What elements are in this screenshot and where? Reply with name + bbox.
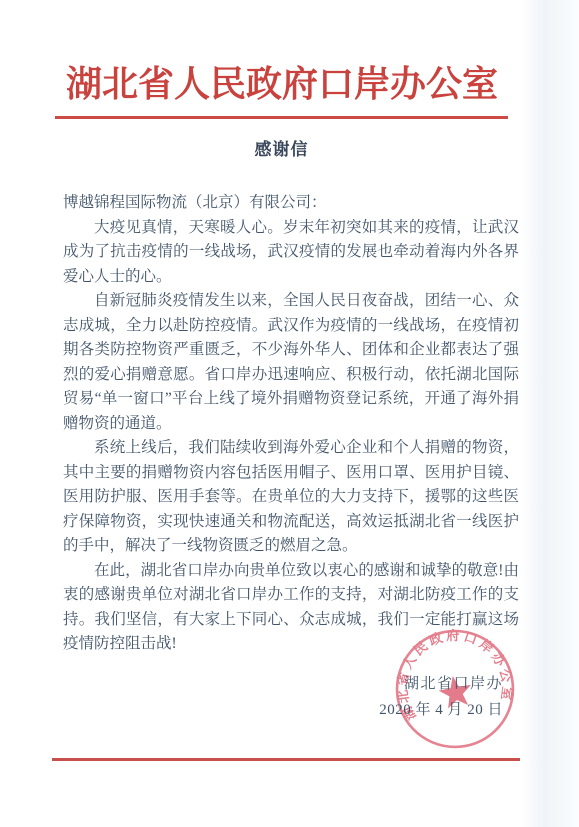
letter-body: 博越锦程国际物流（北京）有限公司： 大疫见真情，天寒暖人心。岁末年初突如其来的疫… xyxy=(63,191,519,657)
paragraph: 系统上线后，我们陆续收到海外爱心企业和个人捐赠的物资，其中主要的捐赠物资内容包括… xyxy=(63,436,519,559)
letterhead-org-title: 湖北省人民政府口岸办公室 xyxy=(52,56,512,107)
letter-title: 感谢信 xyxy=(54,135,509,160)
signature-org: 湖北省口岸办 xyxy=(379,671,503,697)
signature-date: 2020 年 4 月 20 日 xyxy=(379,697,503,723)
salutation: 博越锦程国际物流（北京）有限公司： xyxy=(63,191,519,216)
letter-page: 湖北省人民政府口岸办公室 感谢信 博越锦程国际物流（北京）有限公司： 大疫见真情… xyxy=(0,0,579,827)
paragraph: 大疫见真情，天寒暖人心。岁末年初突如其来的疫情，让武汉成为了抗击疫情的一线战场，… xyxy=(63,216,519,290)
letterhead-rule xyxy=(55,116,508,119)
paragraph: 自新冠肺炎疫情发生以来，全国人民日夜奋战，团结一心、众志成城，全力以赴防控疫情。… xyxy=(63,289,519,436)
signature-block: 湖北省口岸办 2020 年 4 月 20 日 xyxy=(379,671,503,723)
footer-rule xyxy=(52,758,520,761)
